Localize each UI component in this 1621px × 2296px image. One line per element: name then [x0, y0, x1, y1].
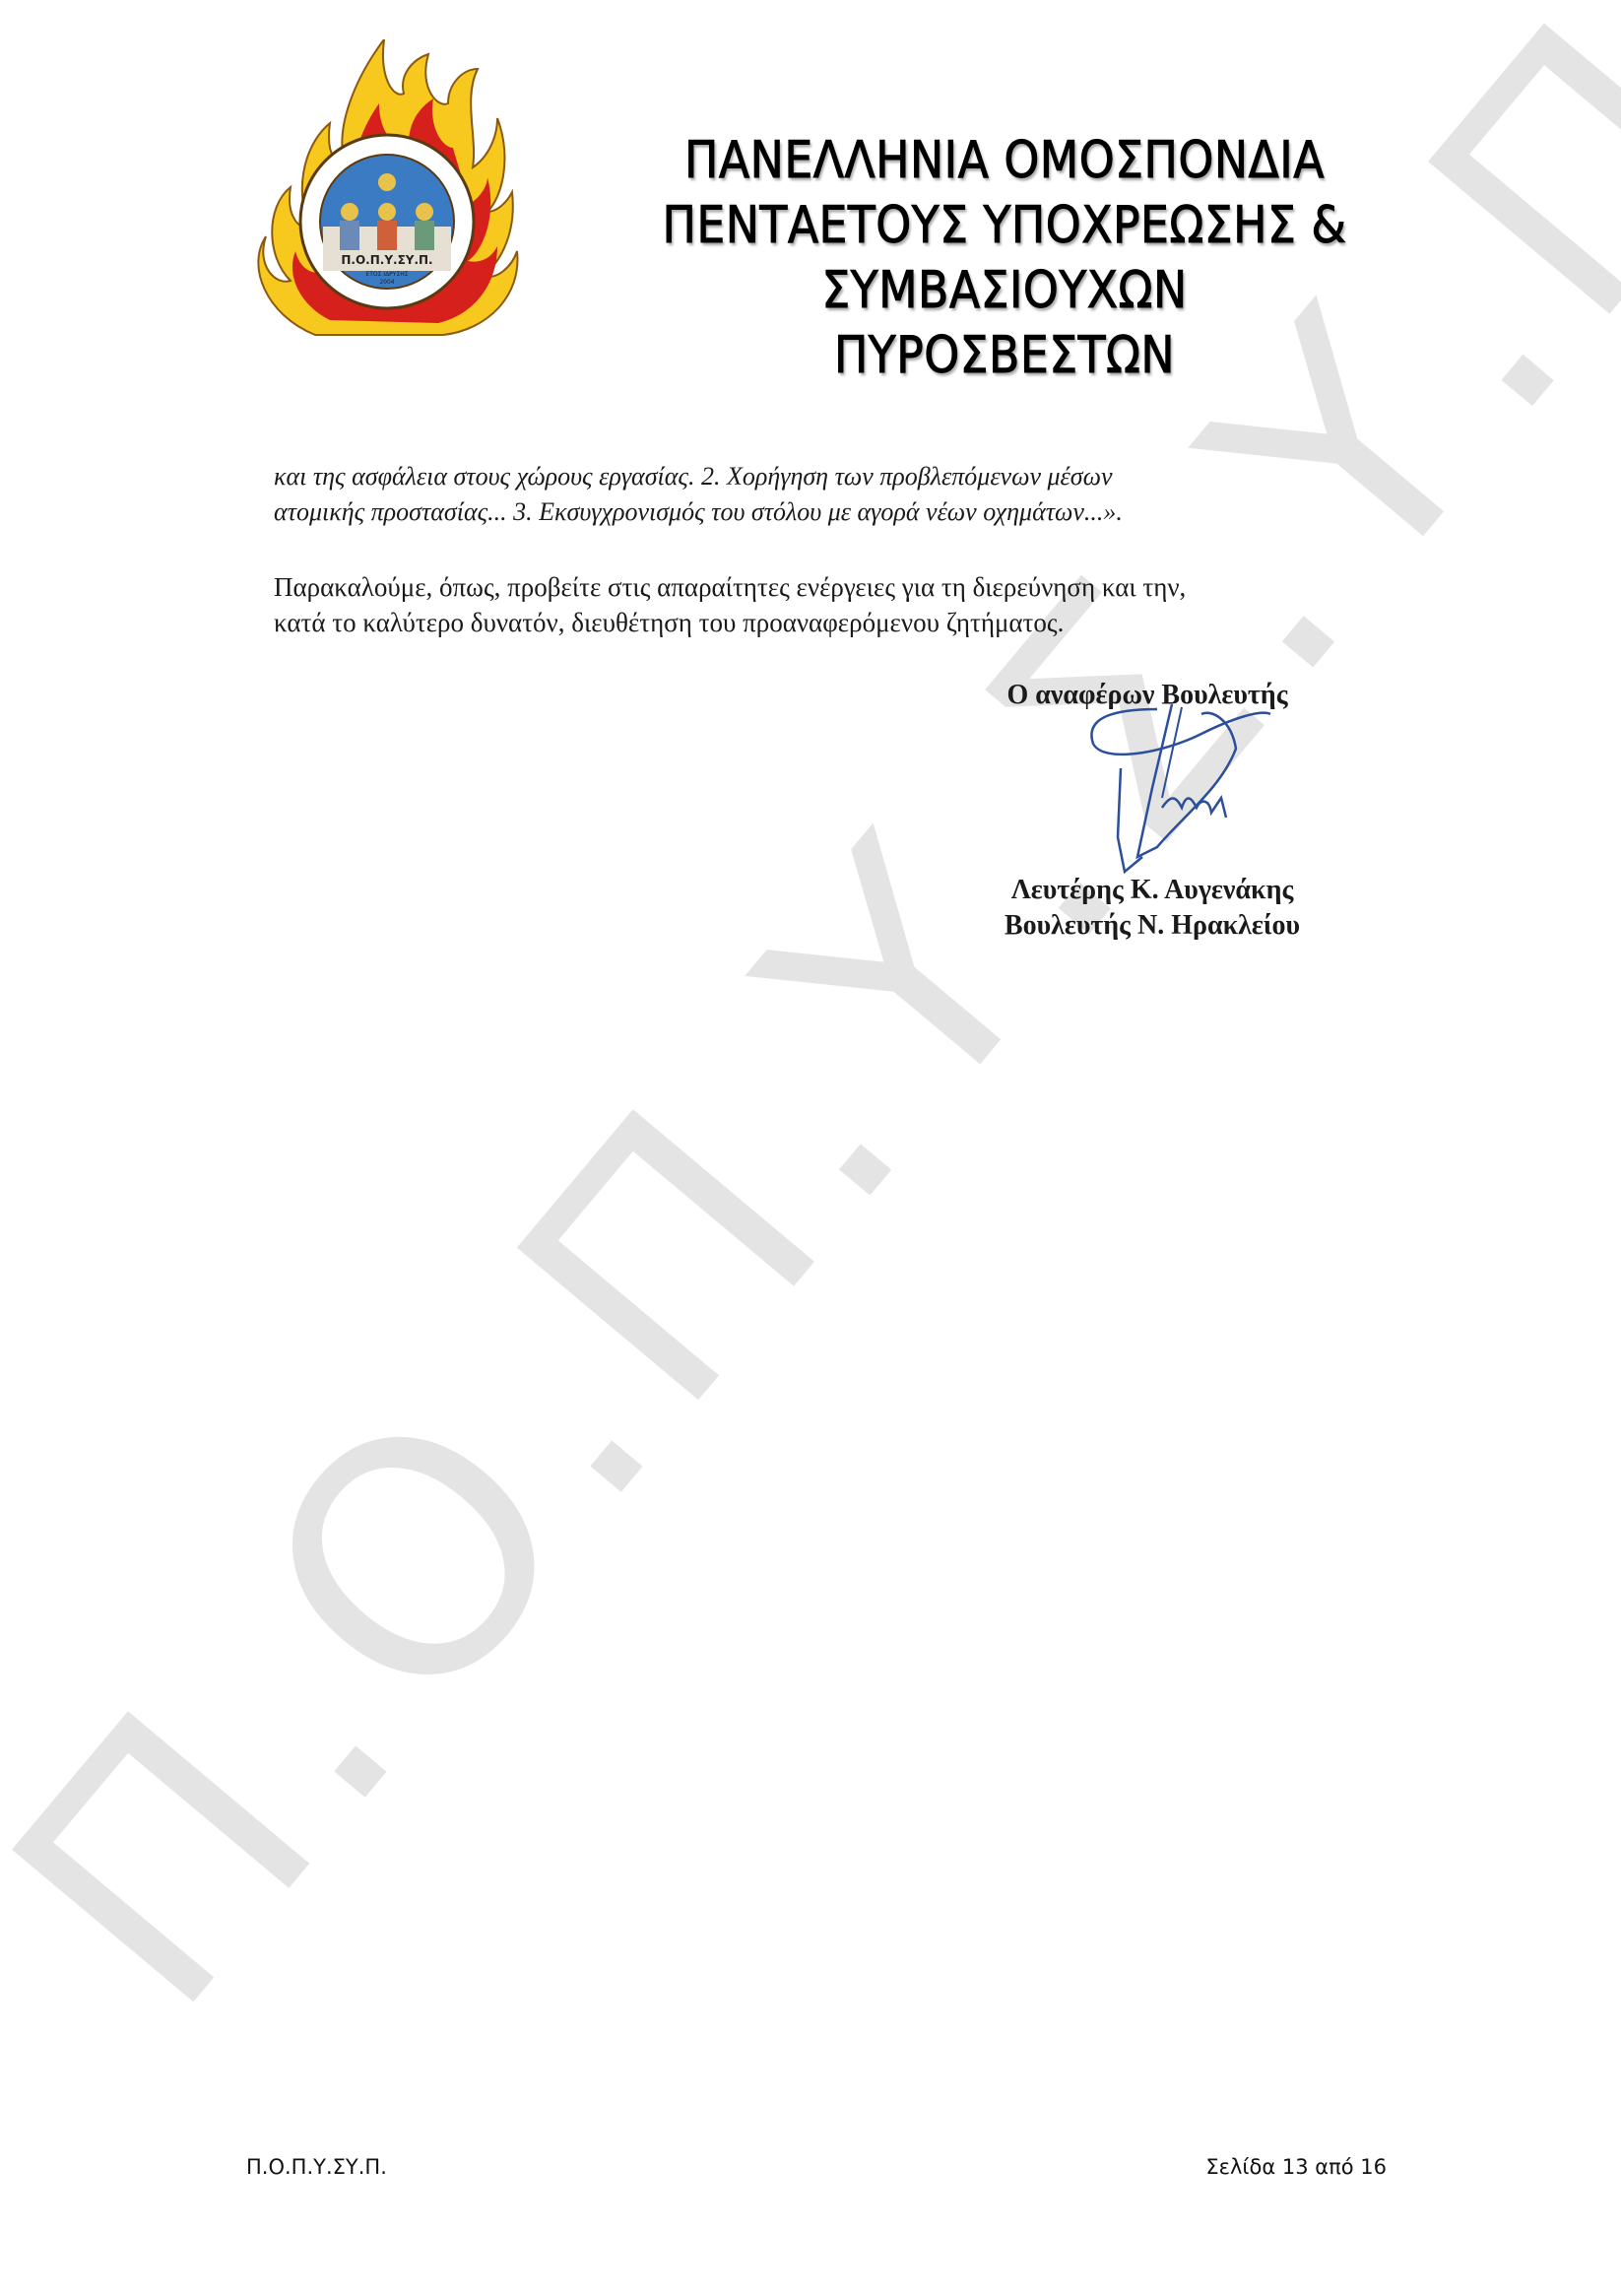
federation-logo: Π.Ο.Π.Υ.ΣΥ.Π. ΕΤΟΣ ΙΔΡΥΣΗΣ 2004: [246, 39, 522, 340]
heading-line-1: ΠΑΝΕΛΛΗΝΙΑ ΟΜΟΣΠΟΝΔΙΑ: [658, 128, 1351, 193]
request-line: κατά το καλύτερο δυνατόν, διευθέτηση του…: [274, 605, 1318, 640]
quoted-demands-paragraph: και της ασφάλεια στους χώρους εργασίας. …: [274, 459, 1318, 530]
footer-organization: Π.Ο.Π.Υ.ΣΥ.Π.: [246, 2155, 387, 2179]
svg-text:Π.Ο.Π.Υ.ΣΥ.Π.: Π.Ο.Π.Υ.ΣΥ.Π.: [341, 253, 432, 267]
quote-line: ατομικής προστασίας... 3. Εκσυγχρονισμός…: [274, 494, 1318, 530]
page-number: Σελίδα 13 από 16: [1205, 2155, 1387, 2179]
request-paragraph: Παρακαλούμε, όπως, προβείτε στις απαραίτ…: [274, 569, 1318, 640]
signatory-name: Λευτέρης Κ. Αυγενάκης: [985, 873, 1320, 908]
heading-line-2: ΠΕΝΤΑΕΤΟΥΣ ΥΠΟΧΡΕΩΣΗΣ &: [658, 193, 1351, 258]
request-line: Παρακαλούμε, όπως, προβείτε στις απαραίτ…: [274, 569, 1318, 605]
quote-line: και της ασφάλεια στους χώρους εργασίας. …: [274, 459, 1318, 494]
svg-text:ΕΤΟΣ ΙΔΡΥΣΗΣ: ΕΤΟΣ ΙΔΡΥΣΗΣ: [365, 271, 408, 278]
heading-line-3: ΣΥΜΒΑΣΙΟΥΧΩΝ ΠΥΡΟΣΒΕΣΤΩΝ: [658, 258, 1351, 388]
signatory-name-block: Λευτέρης Κ. Αυγενάκης Βουλευτής Ν. Ηρακλ…: [985, 873, 1320, 944]
svg-text:2004: 2004: [379, 279, 394, 286]
signatory-title: Βουλευτής Ν. Ηρακλείου: [985, 908, 1320, 944]
federation-name-heading: ΠΑΝΕΛΛΗΝΙΑ ΟΜΟΣΠΟΝΔΙΑ ΠΕΝΤΑΕΤΟΥΣ ΥΠΟΧΡΕΩ…: [611, 128, 1398, 388]
handwritten-signature-icon: [1064, 689, 1280, 886]
